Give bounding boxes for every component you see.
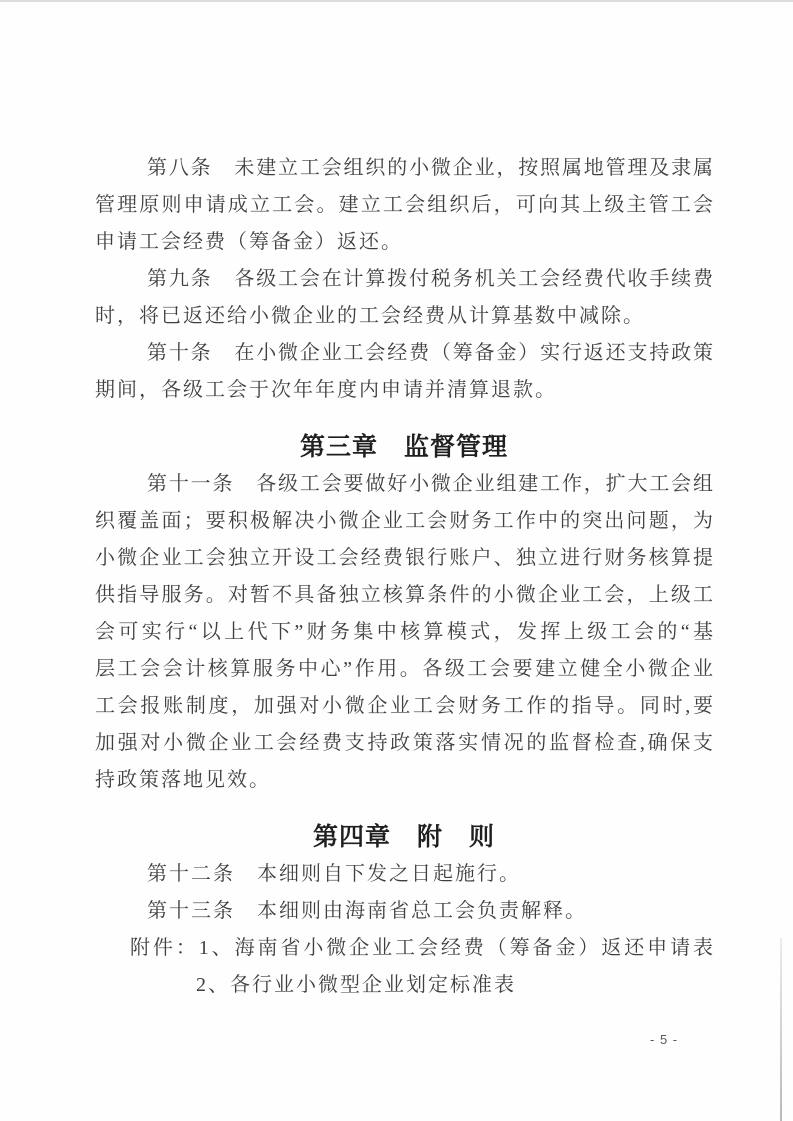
article-11-line-5: 会可实行“以上代下”财务集中核算模式，发挥上级工会的“基: [95, 614, 713, 651]
chapter-4-heading: 第四章 附 则: [95, 819, 713, 856]
article-12-line: 第十二条 本细则自下发之日起施行。: [95, 856, 713, 893]
article-11-line-1: 第十一条 各级工会要做好小微企业组建工作，扩大工会组: [95, 466, 713, 503]
article-10-line-2: 期间，各级工会于次年年度内申请并清算退款。: [95, 372, 713, 409]
scan-edge-top-artifact: [0, 0, 793, 2]
attachment-item-2: 2、各行业小微型企业划定标准表: [95, 967, 713, 1004]
article-8-line-3: 申请工会经费（筹备金）返还。: [95, 224, 713, 261]
article-13-line: 第十三条 本细则由海南省总工会负责解释。: [95, 893, 713, 930]
document-body: 第八条 未建立工会组织的小微企业，按照属地管理及隶属 管理原则申请成立工会。建立…: [95, 150, 713, 1004]
article-9-line-1: 第九条 各级工会在计算拨付税务机关工会经费代收手续费: [95, 261, 713, 298]
article-11-line-9: 持政策落地见效。: [95, 762, 713, 799]
article-8-line-2: 管理原则申请成立工会。建立工会组织后，可向其上级主管工会: [95, 187, 713, 224]
article-11-line-4: 供指导服务。对暂不具备独立核算条件的小微企业工会，上级工: [95, 577, 713, 614]
scan-line-right-artifact: [780, 938, 782, 1121]
scanned-document-page: 第八条 未建立工会组织的小微企业，按照属地管理及隶属 管理原则申请成立工会。建立…: [0, 0, 793, 1121]
article-8-line-1: 第八条 未建立工会组织的小微企业，按照属地管理及隶属: [95, 150, 713, 187]
page-number: - 5 -: [650, 1032, 678, 1047]
article-11-line-6: 层工会会计核算服务中心”作用。各级工会要建立健全小微企业: [95, 651, 713, 688]
article-11-line-8: 加强对小微企业工会经费支持政策落实情况的监督检查,确保支: [95, 725, 713, 762]
article-9-line-2: 时，将已返还给小微企业的工会经费从计算基数中减除。: [95, 298, 713, 335]
article-11-line-3: 小微企业工会独立开设工会经费银行账户、独立进行财务核算提: [95, 540, 713, 577]
chapter-3-heading: 第三章 监督管理: [95, 429, 713, 466]
article-10-line-1: 第十条 在小微企业工会经费（筹备金）实行返还支持政策: [95, 335, 713, 372]
article-11-line-7: 工会报账制度，加强对小微企业工会财务工作的指导。同时,要: [95, 688, 713, 725]
article-11-line-2: 织覆盖面；要积极解决小微企业工会财务工作中的突出问题，为: [95, 503, 713, 540]
attachment-item-1: 附件：1、海南省小微企业工会经费（筹备金）返还申请表: [95, 930, 713, 967]
